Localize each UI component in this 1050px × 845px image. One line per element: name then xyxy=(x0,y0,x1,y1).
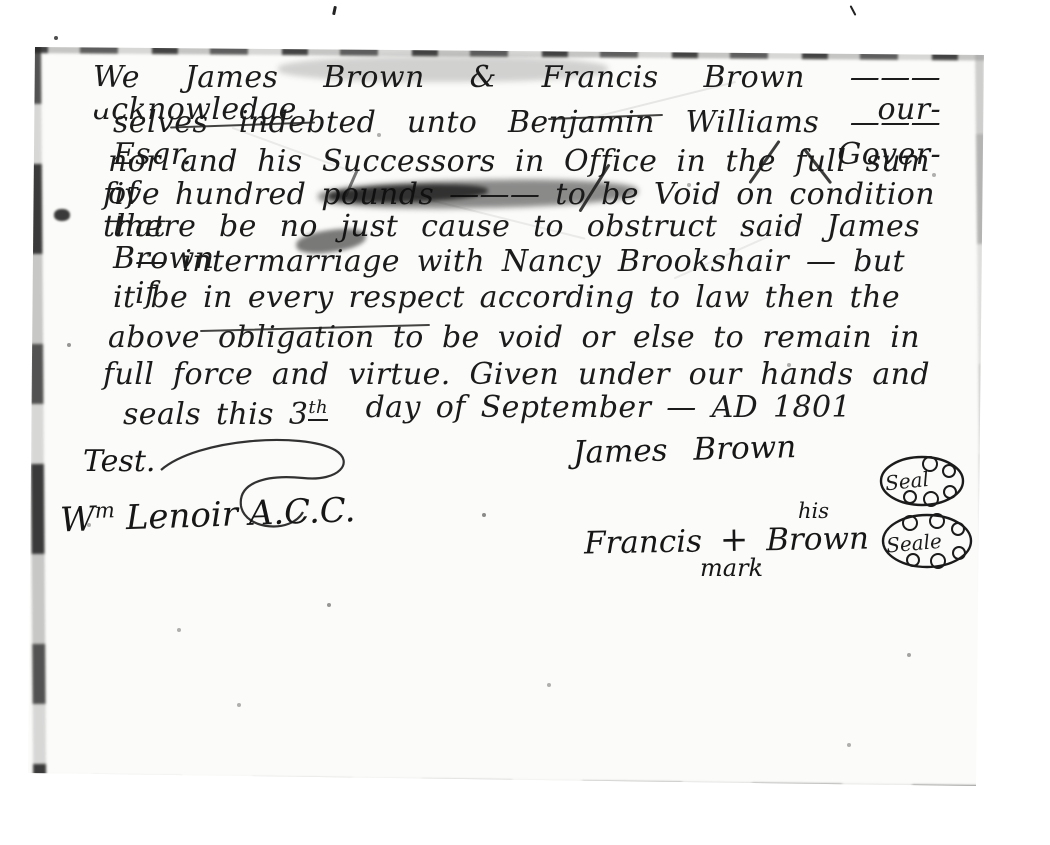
seal-icon: Seale xyxy=(880,512,974,570)
svg-text:Seale: Seale xyxy=(885,529,943,558)
paper-dust xyxy=(28,44,30,46)
paper-flaw-spot xyxy=(86,86,114,110)
margin-blot xyxy=(54,209,70,221)
paper-edge-bottom xyxy=(22,775,1009,798)
witness-name-superscript: m xyxy=(94,497,115,523)
paper-edge-right xyxy=(975,44,992,796)
paper-edge-left xyxy=(28,44,46,797)
document-line: above obligation to be void or else to r… xyxy=(108,322,920,354)
bondsman-last-name: Brown xyxy=(766,521,869,559)
date-line-start: seals this 3th xyxy=(123,392,328,431)
bondsman-first-name: Francis xyxy=(584,523,703,561)
ink-smudge xyxy=(278,56,608,82)
scan-speck xyxy=(54,36,58,40)
his-mark-label-bottom: mark xyxy=(700,554,763,582)
attest-label: Test. xyxy=(83,444,155,479)
james-brown-signature: James Brown xyxy=(573,429,797,471)
date-line-end: day of September — AD 1801 xyxy=(366,392,851,431)
scan-speck xyxy=(332,6,337,15)
scan-speck xyxy=(850,5,857,16)
svg-text:Seal: Seal xyxy=(884,467,930,495)
document-date-line: seals this 3th day of September — AD 180… xyxy=(123,392,851,431)
seal-icon: Seal xyxy=(878,454,966,508)
scanned-document-image: We James Brown & Francis Brown ——— ackno… xyxy=(0,0,1050,845)
document-line: full force and virtue. Given under our h… xyxy=(103,359,930,391)
document-line: it be in every respect according to law … xyxy=(113,282,900,314)
paper-sheet: We James Brown & Francis Brown ——— ackno… xyxy=(28,44,986,789)
day-ordinal-superscript: th xyxy=(308,397,328,421)
